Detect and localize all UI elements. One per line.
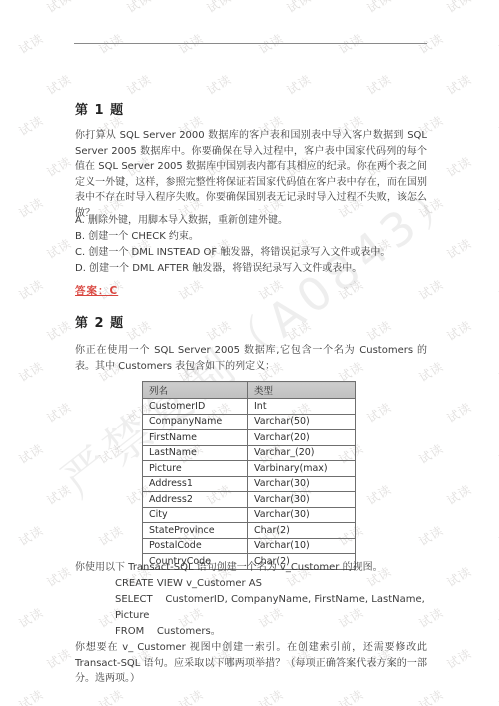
question1-title: 第 1 题 [75, 99, 427, 118]
table-row: Address1Varchar(30) [143, 476, 356, 492]
table-row: CustomerIDInt [143, 399, 356, 415]
question2-title: 第 2 题 [75, 312, 427, 331]
answer-row: 答案：C [75, 279, 427, 298]
table-row: LastNameVarchar_(20) [143, 445, 356, 461]
page-content: 第 1 题 你打算从 SQL Server 2000 数据库的客户表和国别表中导… [0, 0, 499, 706]
question2-tail: 你使用以下 Transact-SQL 语句创建一个名为 v_Customer 的… [75, 560, 427, 687]
cell-column-type: Varchar(30) [248, 492, 356, 508]
col-header-type: 类型 [248, 382, 356, 399]
option-d: D. 创建一个 DML AFTER 触发器，将错误纪录写入文件或表中。 [75, 261, 427, 277]
sql-line-create: CREATE VIEW v_Customer AS [75, 576, 427, 592]
option-a: A. 删除外键，用脚本导入数据，重新创建外键。 [75, 213, 427, 229]
table-row: CompanyNameVarchar(50) [143, 414, 356, 430]
cell-column-name: FirstName [143, 430, 248, 446]
question1-body: 你打算从 SQL Server 2000 数据库的客户表和国别表中导入客户数据到… [75, 128, 427, 222]
cell-column-name: CustomerID [143, 399, 248, 415]
cell-column-name: City [143, 507, 248, 523]
cell-column-type: Char(2) [248, 523, 356, 539]
cell-column-name: LastName [143, 445, 248, 461]
question2-intro: 你正在使用一个 SQL Server 2005 数据库,它包含一个名为 Cust… [75, 343, 427, 374]
question2-question: 你想要在 v_ Customer 视图中创建一索引。在创建索引前，还需要修改此 … [75, 640, 427, 687]
col-header-name: 列名 [143, 382, 248, 399]
cell-column-name: Address2 [143, 492, 248, 508]
table-row: FirstNameVarchar(20) [143, 430, 356, 446]
document-page: 试读试读试读试读试读试读试读试读试读试读试读试读试读试读试读试读试读试读试读试读… [0, 0, 499, 706]
cell-column-type: Varchar(30) [248, 507, 356, 523]
column-definition-table: 列名 类型 CustomerIDInt CompanyNameVarchar(5… [142, 381, 356, 570]
sql-line-select: SELECT CustomerID, CompanyName, FirstNam… [75, 592, 427, 624]
table-row: PostalCodeVarchar(10) [143, 538, 356, 554]
cell-column-name: StateProvince [143, 523, 248, 539]
cell-column-name: PostalCode [143, 538, 248, 554]
table-row: Address2Varchar(30) [143, 492, 356, 508]
header-divider [74, 43, 427, 44]
cell-column-type: Varchar(50) [248, 414, 356, 430]
table-row: CityVarchar(30) [143, 507, 356, 523]
cell-column-name: Picture [143, 461, 248, 477]
table-row: StateProvinceChar(2) [143, 523, 356, 539]
table-row: PictureVarbinary(max) [143, 461, 356, 477]
cell-column-type: Varchar(10) [248, 538, 356, 554]
answer-link[interactable]: 答案：C [75, 283, 118, 298]
cell-column-type: Varchar(30) [248, 476, 356, 492]
cell-column-name: Address1 [143, 476, 248, 492]
question1-options: A. 删除外键，用脚本导入数据，重新创建外键。 B. 创建一个 CHECK 约束… [75, 213, 427, 277]
table-header-row: 列名 类型 [143, 382, 356, 399]
option-c: C. 创建一个 DML INSTEAD OF 触发器，将错误记录写入文件或表中。 [75, 245, 427, 261]
option-b: B. 创建一个 CHECK 约束。 [75, 229, 427, 245]
cell-column-type: Int [248, 399, 356, 415]
cell-column-type: Varbinary(max) [248, 461, 356, 477]
sql-line-from: FROM Customers。 [75, 624, 427, 640]
cell-column-type: Varchar_(20) [248, 445, 356, 461]
cell-column-type: Varchar(20) [248, 430, 356, 446]
cell-column-name: CompanyName [143, 414, 248, 430]
view-intro-line: 你使用以下 Transact-SQL 语句创建一个名为 v_Customer 的… [75, 560, 427, 576]
